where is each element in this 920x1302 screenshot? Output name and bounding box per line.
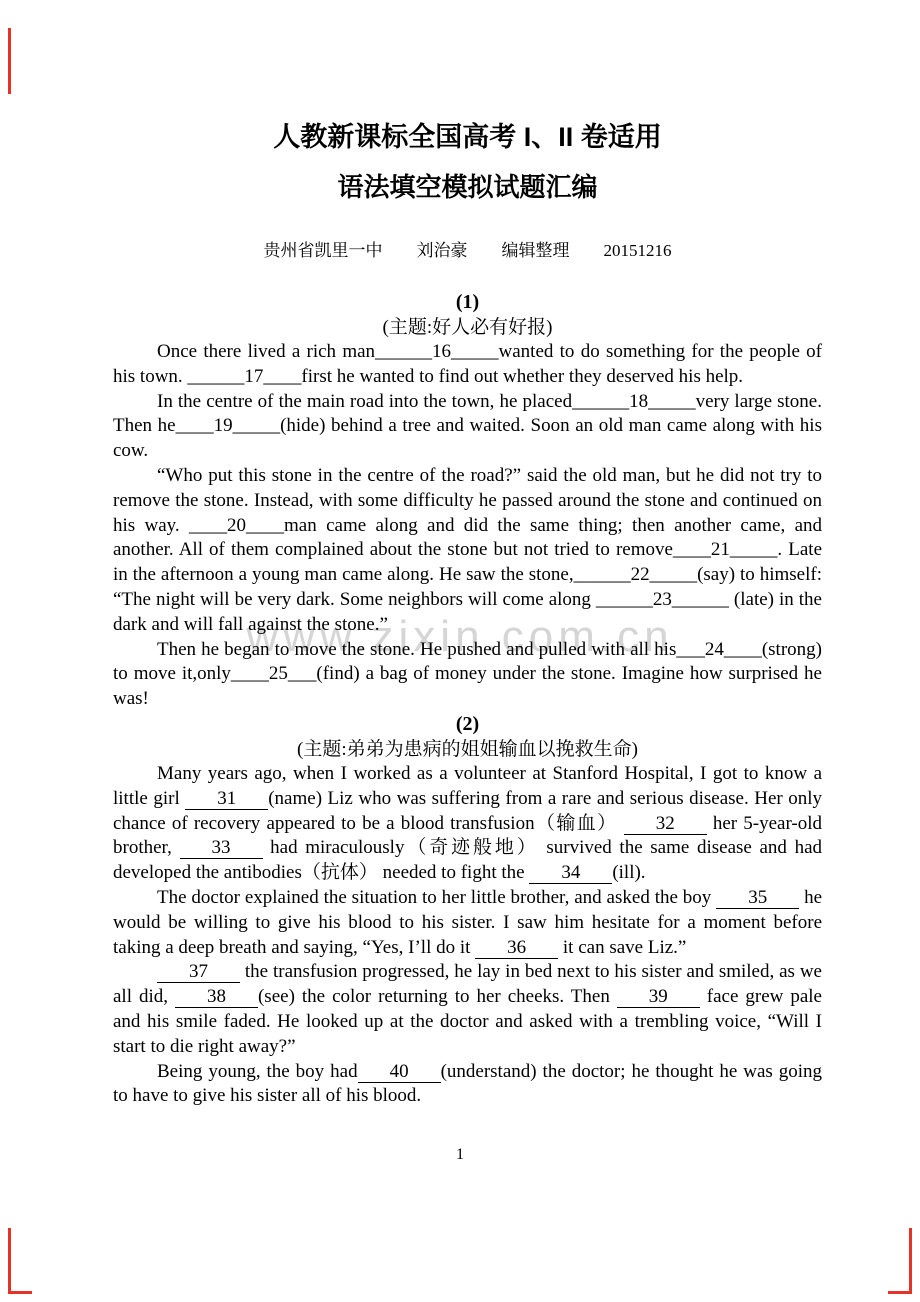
page-number: 1: [0, 1146, 920, 1164]
fill-blank-40: 40: [358, 1061, 441, 1083]
fill-blank-32: 32: [624, 813, 707, 835]
section-2-paragraph-1: Many years ago, when I worked as a volun…: [113, 762, 822, 886]
document-subtitle: 语法填空模拟试题汇编: [113, 170, 822, 204]
fill-blank-31: 31: [185, 788, 268, 810]
section-1-topic: (主题:好人必有好报): [113, 315, 822, 340]
fill-blank-38: 38: [175, 986, 258, 1008]
crop-mark-bottom-left-horizontal: [8, 1291, 32, 1294]
section-2-paragraph-4: Being young, the boy had40(understand) t…: [113, 1060, 822, 1110]
document-page: www.zixin.com.cn 人教新课标全国高考 I、II 卷适用 语法填空…: [0, 0, 920, 1302]
section-2-paragraph-3: 37 the transfusion progressed, he lay in…: [113, 960, 822, 1059]
section-1-paragraph-2: In the centre of the main road into the …: [113, 390, 822, 464]
fill-blank-34: 34: [529, 862, 612, 884]
fill-blank-33: 33: [180, 837, 263, 859]
section-1-paragraph-4: Then he began to move the stone. He push…: [113, 638, 822, 712]
crop-mark-bottom-left-vertical: [8, 1228, 11, 1294]
fill-blank-36: 36: [475, 937, 558, 959]
document-title: 人教新课标全国高考 I、II 卷适用: [113, 120, 822, 154]
byline: 贵州省凯里一中 刘治豪 编辑整理 20151216: [113, 240, 822, 262]
section-1-paragraph-1: Once there lived a rich man______16_____…: [113, 340, 822, 390]
document-body: 人教新课标全国高考 I、II 卷适用 语法填空模拟试题汇编 贵州省凯里一中 刘治…: [113, 0, 822, 1109]
crop-mark-top-left: [8, 28, 11, 94]
fill-blank-35: 35: [716, 887, 799, 909]
section-1-paragraph-3: “Who put this stone in the centre of the…: [113, 464, 822, 638]
section-1-number: (1): [113, 290, 822, 315]
crop-mark-bottom-right-horizontal: [888, 1291, 912, 1294]
fill-blank-39: 39: [617, 986, 700, 1008]
section-2-paragraph-2: The doctor explained the situation to he…: [113, 886, 822, 960]
section-2-topic: (主题:弟弟为患病的姐姐输血以挽救生命): [113, 737, 822, 762]
crop-mark-bottom-right-vertical: [909, 1228, 912, 1294]
section-2-number: (2): [113, 712, 822, 737]
fill-blank-37: 37: [157, 961, 240, 983]
